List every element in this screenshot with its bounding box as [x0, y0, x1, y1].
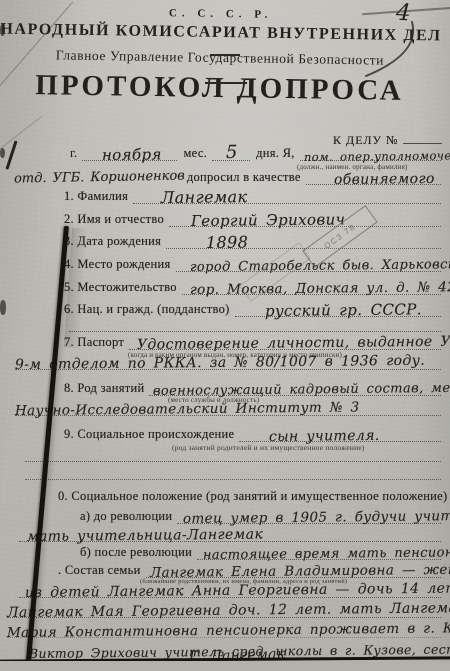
family-value-4: Мария Константиновна пенсионерка прожива…: [7, 620, 450, 641]
field-birthdate: 3. Дата рождения 1898: [64, 231, 441, 249]
field-after-revolution: б) после революции настоящее время мать …: [80, 542, 441, 560]
field-family-line4: Мария Константиновна пенсионерка прожива…: [2, 620, 441, 638]
passport-value-2: 9-м отделом по РККА. за № 80/1007 в 1936…: [15, 353, 425, 373]
officer-name-handwritten: отд. УГБ. Коршоненков: [14, 169, 185, 187]
social-origin-blank: сын учителя.: [239, 423, 441, 442]
passport-blank: Удостоверение личности, выданное Управле…: [129, 331, 441, 350]
birthdate-value: 1898: [206, 233, 249, 252]
passport-value-1: Удостоверение личности, выданное Управле…: [137, 333, 450, 353]
officer-role-handwritten: пом. опер.уполномоченного 3 отдела: [304, 147, 450, 164]
field-passport: 7. Паспорт Удостоверение личности, выдан…: [64, 332, 441, 350]
blank-rule: [25, 443, 441, 462]
field-occupation: 8. Род занятий военнослужащий кадровый с…: [64, 378, 441, 396]
name-label: 2. Имя и отчество: [64, 212, 164, 227]
field-family: . Состав семьи Лангемак Елена Владимиров…: [58, 560, 441, 578]
field-birthplace: 4. Место рождения город Старобельск быв.…: [64, 254, 441, 272]
day-blank: 5: [212, 142, 250, 161]
occupation-label: 8. Род занятий: [64, 381, 144, 396]
pen-flourish: [356, 16, 426, 82]
before-revolution-blank-2: мать учительница-Лангемак: [19, 523, 441, 542]
page-bottom-margin: [0, 661, 450, 671]
field-before-revolution: а) до революции отец умер в 1905 г. буду…: [80, 506, 441, 524]
blank-rule: [69, 313, 441, 332]
ink-smudge: [0, 300, 6, 315]
residence-value: гор. Москва, Донская ул. д. № 42 кв. 19.: [190, 279, 450, 298]
scanned-protocol-page: С. С. С. Р. НАРОДНЫЙ КОМИССАРИАТ ВНУТРЕН…: [0, 0, 450, 671]
family-blank-2: из детей Лангемак Анна Георгиевна — дочь…: [19, 579, 441, 598]
field-family-line2: из детей Лангемак Анна Георгиевна — дочь…: [14, 580, 441, 598]
month-handwritten: ноября: [102, 145, 162, 164]
month-blank: ноября: [82, 142, 177, 161]
surname-value: Лангемак: [161, 187, 248, 207]
field-social-status: 0. Социальное положение (род занятий и и…: [58, 486, 441, 504]
day-label: дня. Я,: [256, 146, 295, 161]
after-revolution-blank: настоящее время мать пенсионерка: [197, 541, 441, 560]
family-blank-3: Лангемак Мая Георгиевна доч. 12 лет. мат…: [7, 599, 441, 618]
field-passport-line2: 9-м отделом по РККА. за № 80/1007 в 1936…: [10, 352, 441, 370]
field-social-origin: 9. Социальное происхождение сын учителя.: [64, 424, 441, 442]
family-blank: Лангемак Елена Владимировна — жена: [146, 559, 441, 578]
header-underline: [205, 82, 247, 84]
blank-line: [20, 462, 441, 480]
pen-stroke: [5, 140, 17, 169]
intro-date-row: г. ноября мес. 5 дня. Я, пом. опер.уполн…: [70, 143, 441, 161]
family-blank-4: Мария Константиновна пенсионерка прожива…: [7, 619, 441, 638]
before-revolution-blank: отец умер в 1905 г. будучи учителем,: [177, 505, 441, 524]
month-label: мес.: [183, 146, 207, 161]
occupation-blank-2: Научно-Исследовательский Институт № 3: [15, 397, 441, 416]
field-surname: 1. Фамилия Лангемак: [64, 186, 441, 204]
capacity-blank: обвиняемого: [306, 166, 441, 185]
ink-smudge: [0, 148, 5, 158]
blank-line: [20, 444, 441, 462]
after-revolution-label: б) после революции: [80, 545, 192, 560]
name-blank: Георгий Эрихович: [169, 208, 441, 227]
officer-role-blank: пом. опер.уполномоченного 3 отдела: [300, 142, 441, 161]
social-origin-label: 9. Социальное происхождение: [64, 427, 234, 442]
before-revolution-label: а) до революции: [80, 509, 172, 524]
surname-label: 1. Фамилия: [64, 189, 128, 204]
blank-line: [64, 314, 441, 332]
occupation-value-2: Научно-Исследовательский Институт № 3: [15, 399, 360, 419]
field-occupation-line2: Научно-Исследовательский Институт № 3: [10, 398, 441, 416]
questioned-label: допросил в качестве: [187, 170, 301, 185]
paper-crease: [0, 116, 42, 151]
day-handwritten: 5: [226, 142, 238, 163]
year-label: г.: [70, 146, 77, 161]
header-underline: [210, 54, 240, 56]
surname-blank: Лангемак: [133, 185, 441, 204]
passport-blank-2: 9-м отделом по РККА. за № 80/1007 в 1936…: [15, 351, 441, 370]
family-value-3: Лангемак Мая Георгиевна доч. 12 лет. мат…: [7, 600, 450, 621]
field-family-line3: Лангемак Мая Георгиевна доч. 12 лет. мат…: [2, 600, 441, 618]
birthdate-blank: 1898: [166, 230, 441, 249]
family-label: . Состав семьи: [58, 563, 141, 578]
residence-blank: гор. Москва, Донская ул. д. № 42 кв. 19.: [182, 276, 441, 295]
family-value-2: из детей Лангемак Анна Георгиевна — дочь…: [25, 580, 450, 601]
field-name: 2. Имя и отчество Георгий Эрихович: [64, 209, 441, 227]
intro-officer-row: отд. УГБ. Коршоненков допросил в качеств…: [14, 167, 441, 185]
social-status-label: 0. Социальное положение (род занятий и и…: [58, 489, 447, 504]
occupation-blank: военнослужащий кадровый состав, место ра…: [149, 377, 441, 396]
name-value: Георгий Эрихович: [191, 210, 346, 230]
blank-rule: [25, 461, 441, 480]
field-before-revolution-line2: мать учительница-Лангемак: [14, 524, 441, 542]
